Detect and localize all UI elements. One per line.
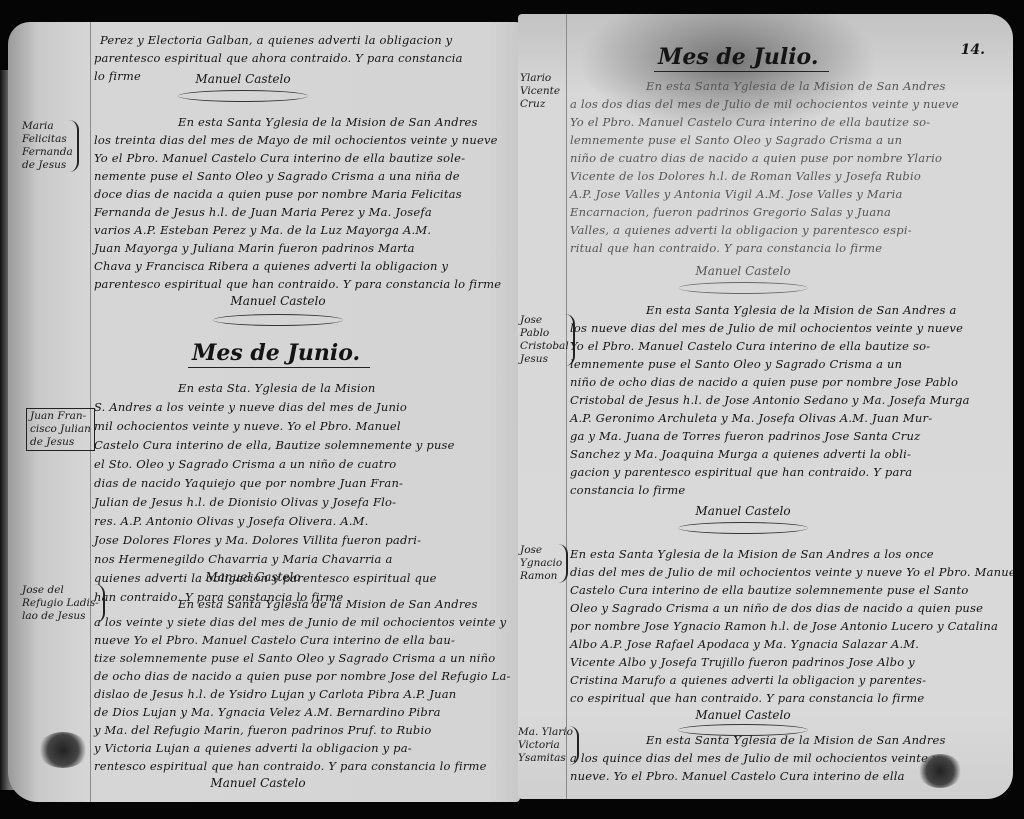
signature-flourish <box>678 282 808 294</box>
entry-line: tize solemnemente puse el Santo Oleo y S… <box>94 650 495 666</box>
signature-flourish <box>178 90 308 102</box>
entry-line: nueve. Yo el Pbro. Manuel Castelo Cura i… <box>570 768 905 784</box>
entry-line: ritual que han contraido. Y para constan… <box>570 240 882 256</box>
entry-line: dias del mes de Julio de mil ochocientos… <box>570 564 1013 580</box>
entry-line: A.P. Geronimo Archuleta y Ma. Josefa Oli… <box>570 410 932 426</box>
month-heading: Mes de Junio. <box>188 340 370 368</box>
entry-line: dislao de Jesus h.l. de Ysidro Lujan y C… <box>94 686 456 702</box>
entry-line: rentesco espiritual que han contraido. Y… <box>94 758 487 774</box>
page-number: 14. <box>961 42 985 58</box>
entry-line: de Dios Lujan y Ma. Ygnacia Velez A.M. B… <box>94 704 441 720</box>
entry-line: nemente puse el Santo Oleo y Sagrado Cri… <box>94 168 460 184</box>
margin-note-entry: Maria Felicitas Fernanda de Jesus <box>22 120 79 172</box>
margin-note-entry: Jose Pablo Cristobal Jesus <box>520 314 575 366</box>
entry-line: Encarnacion, fueron padrinos Gregorio Sa… <box>570 204 891 220</box>
entry-line: ga y Ma. Juana de Torres fueron padrinos… <box>570 428 920 444</box>
signature: Manuel Castelo <box>668 708 818 722</box>
entry-line: nos Hermenegildo Chavarria y Maria Chava… <box>94 551 393 567</box>
ink-stain <box>918 754 962 788</box>
left-page: Perez y Electoria Galban, a quienes adve… <box>8 22 520 802</box>
signature-flourish <box>678 522 808 534</box>
entry-line: res. A.P. Antonio Olivas y Josefa Oliver… <box>94 513 369 529</box>
entry-line: En esta Santa Yglesia de la Mision de Sa… <box>646 302 957 318</box>
entry-line: Chava y Francisca Ribera a quienes adver… <box>94 258 448 274</box>
entry-line: Jose Dolores Flores y Ma. Dolores Villit… <box>94 532 421 548</box>
ink-stain <box>38 732 88 768</box>
continuation-line: lo firme <box>94 68 141 84</box>
entry-line: nueve Yo el Pbro. Manuel Castelo Cura in… <box>94 632 455 648</box>
entry-line: Sanchez y Ma. Joaquina Murga a quienes a… <box>570 446 911 462</box>
entry-line: por nombre Jose Ygnacio Ramon h.l. de Jo… <box>570 618 998 634</box>
entry-line: Castelo Cura interino de ella bautize so… <box>570 582 968 598</box>
entry-line: a los quince dias del mes de Julio de mi… <box>570 750 939 766</box>
margin-note-entry: Ylario Vicente Cruz <box>520 72 560 111</box>
entry-line: dias de nacido Yaquiejo que por nombre J… <box>94 475 403 491</box>
entry-line: niño de ocho dias de nacido a quien puse… <box>570 374 958 390</box>
entry-line: niño de cuatro dias de nacido a quien pu… <box>570 150 942 166</box>
entry-line: En esta Sta. Yglesia de la Mision <box>178 380 375 396</box>
entry-line: En esta Santa Yglesia de la Mision de Sa… <box>178 114 478 130</box>
entry-line: Fernanda de Jesus h.l. de Juan Maria Per… <box>94 204 432 220</box>
entry-line: Valles, a quienes adverti la obligacion … <box>570 222 912 238</box>
entry-line: En esta Santa Yglesia de la Mision de Sa… <box>570 546 934 562</box>
entry-line: En esta Santa Yglesia de la Mision de Sa… <box>646 78 946 94</box>
entry-line: Yo el Pbro. Manuel Castelo Cura interino… <box>570 338 930 354</box>
margin-note-entry: Juan Fran- cisco Julian de Jesus <box>26 408 95 451</box>
signature: Manuel Castelo <box>668 264 818 278</box>
entry-line: constancia lo firme <box>570 482 685 498</box>
entry-line: y Victoria Lujan a quienes adverti la ob… <box>94 740 412 756</box>
entry-line: Yo el Pbro. Manuel Castelo Cura interino… <box>94 150 465 166</box>
margin-note-entry: Jose del Refugio Ladis- lao de Jesus <box>22 584 105 623</box>
month-heading: Mes de Julio. <box>654 44 829 72</box>
signature: Manuel Castelo <box>183 776 333 790</box>
entry-line: Yo el Pbro. Manuel Castelo Cura interino… <box>570 114 930 130</box>
entry-line: En esta Santa Yglesia de la Mision de Sa… <box>178 596 478 612</box>
entry-line: de ocho dias de nacido a quien puse por … <box>94 668 511 684</box>
entry-line: Albo A.P. Jose Rafael Apodaca y Ma. Ygna… <box>570 636 919 652</box>
entry-line: lemnemente puse el Santo Oleo y Sagrado … <box>570 356 902 372</box>
entry-line: Juan Mayorga y Juliana Marin fueron padr… <box>94 240 415 256</box>
entry-line: Julian de Jesus h.l. de Dionisio Olivas … <box>94 494 396 510</box>
entry-line: el Sto. Oleo y Sagrado Crisma a un niño … <box>94 456 396 472</box>
signature: Manuel Castelo <box>203 294 353 308</box>
entry-line: los nueve dias del mes de Julio de mil o… <box>570 320 963 336</box>
entry-line: gacion y parentesco espiritual que han c… <box>570 464 912 480</box>
right-page: Mes de Julio. 14. Ylario Vicente Cruz En… <box>518 14 1013 799</box>
signature: Manuel Castelo <box>668 504 818 518</box>
entry-line: Vicente Albo y Josefa Trujillo fueron pa… <box>570 654 915 670</box>
margin-rule <box>566 14 567 799</box>
entry-line: En esta Santa Yglesia de la Mision de Sa… <box>646 732 946 748</box>
entry-line: S. Andres a los veinte y nueve dias del … <box>94 399 407 415</box>
entry-line: Vicente de los Dolores h.l. de Roman Val… <box>570 168 921 184</box>
entry-line: y Ma. del Refugio Marin, fueron padrinos… <box>94 722 432 738</box>
entry-line: a los veinte y siete dias del mes de Jun… <box>94 614 506 630</box>
continuation-line: Perez y Electoria Galban, a quienes adve… <box>100 32 452 48</box>
signature-flourish <box>213 314 343 326</box>
entry-line: varios A.P. Esteban Perez y Ma. de la Lu… <box>94 222 431 238</box>
entry-line: Castelo Cura interino de ella, Bautize s… <box>94 437 455 453</box>
entry-line: Cristobal de Jesus h.l. de Jose Antonio … <box>570 392 970 408</box>
entry-line: Oleo y Sagrado Crisma a un niño de dos d… <box>570 600 983 616</box>
entry-line: a los dos dias del mes de Julio de mil o… <box>570 96 959 112</box>
signature: Manuel Castelo <box>178 570 328 584</box>
entry-line: parentesco espiritual que han contraido.… <box>94 276 501 292</box>
entry-line: co espiritual que han contraido. Y para … <box>570 690 924 706</box>
entry-line: A.P. Jose Valles y Antonia Vigil A.M. Jo… <box>570 186 903 202</box>
margin-note-entry: Jose Ygnacio Ramon <box>520 544 568 583</box>
signature: Manuel Castelo <box>168 72 318 86</box>
entry-line: los treinta dias del mes de Mayo de mil … <box>94 132 498 148</box>
entry-line: lemnemente puse el Santo Oleo y Sagrado … <box>570 132 902 148</box>
entry-line: Cristina Marufo a quienes adverti la obl… <box>570 672 926 688</box>
entry-line: mil ochocientos veinte y nueve. Yo el Pb… <box>94 418 401 434</box>
continuation-line: parentesco espiritual que ahora contraid… <box>94 50 463 66</box>
entry-line: doce dias de nacida a quien puse por nom… <box>94 186 462 202</box>
